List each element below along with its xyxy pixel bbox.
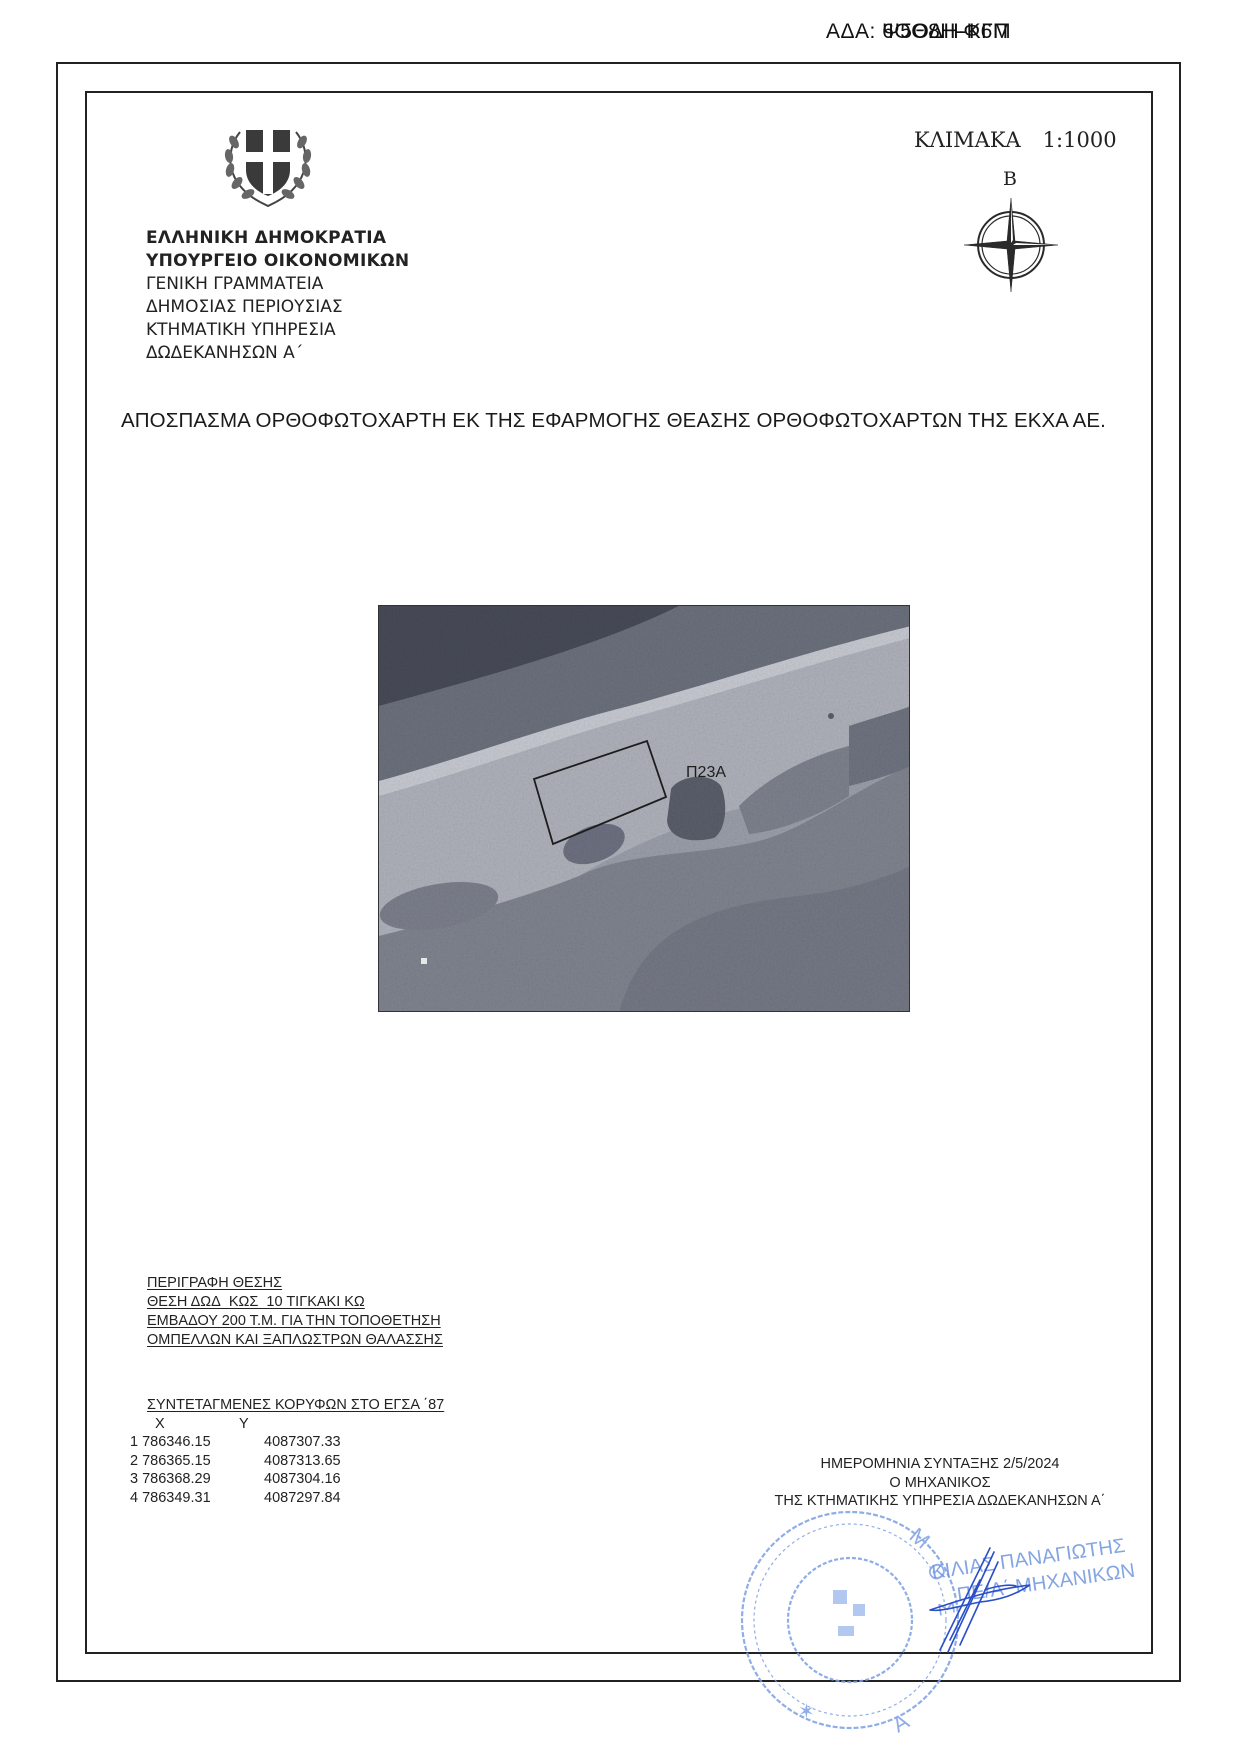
coordinate-row: 4 786349.31 4087297.84	[130, 1489, 444, 1508]
header-y: Y	[239, 1415, 249, 1434]
orthophoto-map: Π23Α	[378, 605, 910, 1012]
vertex-x: 786368.29	[142, 1471, 211, 1487]
ada-code-2: 6ΟΘ8Η-Φ6Π	[882, 20, 1008, 44]
coordinate-row: 2 786365.15 4087313.65	[130, 1452, 444, 1471]
scale-label: ΚΛΙΜΑΚΑ1:1000	[914, 128, 1117, 152]
organization-block: ΕΛΛΗΝΙΚΗ ΔΗΜΟΚΡΑΤΙΑ ΥΠΟΥΡΓΕΙΟ ΟΙΚΟΝΟΜΙΚΩ…	[146, 227, 409, 365]
engineer-role: Ο ΜΗΧΑΝΙΚΟΣ	[745, 1474, 1135, 1493]
vertex-y: 4087307.33	[264, 1433, 341, 1452]
vertex-number: 3	[130, 1471, 138, 1487]
org-line-ministry: ΥΠΟΥΡΓΕΙΟ ΟΙΚΟΝΟΜΙΚΩΝ	[146, 250, 409, 273]
ada-code: ΑΔΑ: Ψ5ΘΔΗ-ΚΓΜ 6ΟΘ8Η-Φ6Π	[826, 20, 1011, 44]
org-line: ΔΗΜΟΣΙΑΣ ΠΕΡΙΟΥΣΙΑΣ	[146, 296, 409, 319]
ada-code-values: Ψ5ΘΔΗ-ΚΓΜ 6ΟΘ8Η-Φ6Π	[882, 20, 1011, 44]
vertex-coordinates: ΣΥΝΤΕΤΑΓΜΕΝΕΣ ΚΟΡΥΦΩΝ ΣΤΟ ΕΓΣΑ ΄87 X Y 1…	[130, 1396, 444, 1507]
engineer-office: ΤΗΣ ΚΤΗΜΑΤΙΚΗΣ ΥΠΗΡΕΣΙΑ ΔΩΔΕΚΑΝΗΣΩΝ Α΄	[745, 1492, 1135, 1511]
org-line: ΔΩΔΕΚΑΝΗΣΩΝ Α΄	[146, 342, 409, 365]
signature-block: ΗΜΕΡΟΜΗΝΙΑ ΣΥΝΤΑΞΗΣ 2/5/2024 Ο ΜΗΧΑΝΙΚΟΣ…	[745, 1455, 1135, 1511]
compilation-date: ΗΜΕΡΟΜΗΝΙΑ ΣΥΝΤΑΞΗΣ 2/5/2024	[745, 1455, 1135, 1474]
north-label: Β	[1003, 168, 1017, 190]
svg-text:Α: Α	[888, 1708, 913, 1737]
description-title: ΠΕΡΙΓΡΑΦΗ ΘΕΣΗΣ	[147, 1274, 443, 1293]
handwritten-signature-icon	[920, 1540, 1060, 1660]
vertex-number: 1	[130, 1434, 138, 1450]
ada-label: ΑΔΑ:	[826, 20, 876, 43]
vertex-y: 4087304.16	[264, 1470, 341, 1489]
org-line-republic: ΕΛΛΗΝΙΚΗ ΔΗΜΟΚΡΑΤΙΑ	[146, 227, 409, 250]
description-line: ΕΜΒΑΔΟΥ 200 Τ.Μ. ΓΙΑ ΤΗΝ ΤΟΠΟΘΕΤΗΣΗ	[147, 1312, 443, 1331]
coordinates-header: X Y	[130, 1415, 444, 1434]
scale-value: 1:1000	[1043, 128, 1117, 152]
vertex-y: 4087297.84	[264, 1489, 341, 1508]
coordinates-title: ΣΥΝΤΕΤΑΓΜΕΝΕΣ ΚΟΡΥΦΩΝ ΣΤΟ ΕΓΣΑ ΄87	[147, 1396, 444, 1415]
document-title: ΑΠΟΣΠΑΣΜΑ ΟΡΘΟΦΩΤΟΧΑΡΤΗ ΕΚ ΤΗΣ ΕΦΑΡΜΟΓΗΣ…	[121, 409, 1106, 433]
vertex-number: 2	[130, 1453, 138, 1469]
svg-text:✶: ✶	[798, 1701, 815, 1723]
greek-coat-of-arms-icon	[220, 112, 316, 212]
header-x: X	[155, 1415, 239, 1434]
position-description: ΠΕΡΙΓΡΑΦΗ ΘΕΣΗΣ ΘΕΣΗ ΔΩΔ_ΚΩΣ_10 ΤΙΓΚΑΚΙ …	[147, 1274, 443, 1350]
vertex-x: 786349.31	[142, 1490, 211, 1506]
coordinate-row: 3 786368.29 4087304.16	[130, 1470, 444, 1489]
scale-title: ΚΛΙΜΑΚΑ	[914, 128, 1021, 152]
description-line: ΟΜΠΕΛΛΩΝ ΚΑΙ ΞΑΠΛΩΣΤΡΩΝ ΘΑΛΑΣΣΗΣ	[147, 1331, 443, 1350]
vertex-x: 786365.15	[142, 1453, 211, 1469]
vertex-y: 4087313.65	[264, 1452, 341, 1471]
vertex-number: 4	[130, 1490, 138, 1506]
parcel-label: Π23Α	[686, 764, 726, 782]
vertex-x: 786346.15	[142, 1434, 211, 1450]
compass-rose-icon	[962, 196, 1060, 294]
coordinate-row: 1 786346.15 4087307.33	[130, 1433, 444, 1452]
org-line: ΓΕΝΙΚΗ ΓΡΑΜΜΑΤΕΙΑ	[146, 273, 409, 296]
org-line: ΚΤΗΜΑΤΙΚΗ ΥΠΗΡΕΣΙΑ	[146, 319, 409, 342]
description-line: ΘΕΣΗ ΔΩΔ_ΚΩΣ_10 ΤΙΓΚΑΚΙ ΚΩ	[147, 1293, 443, 1312]
